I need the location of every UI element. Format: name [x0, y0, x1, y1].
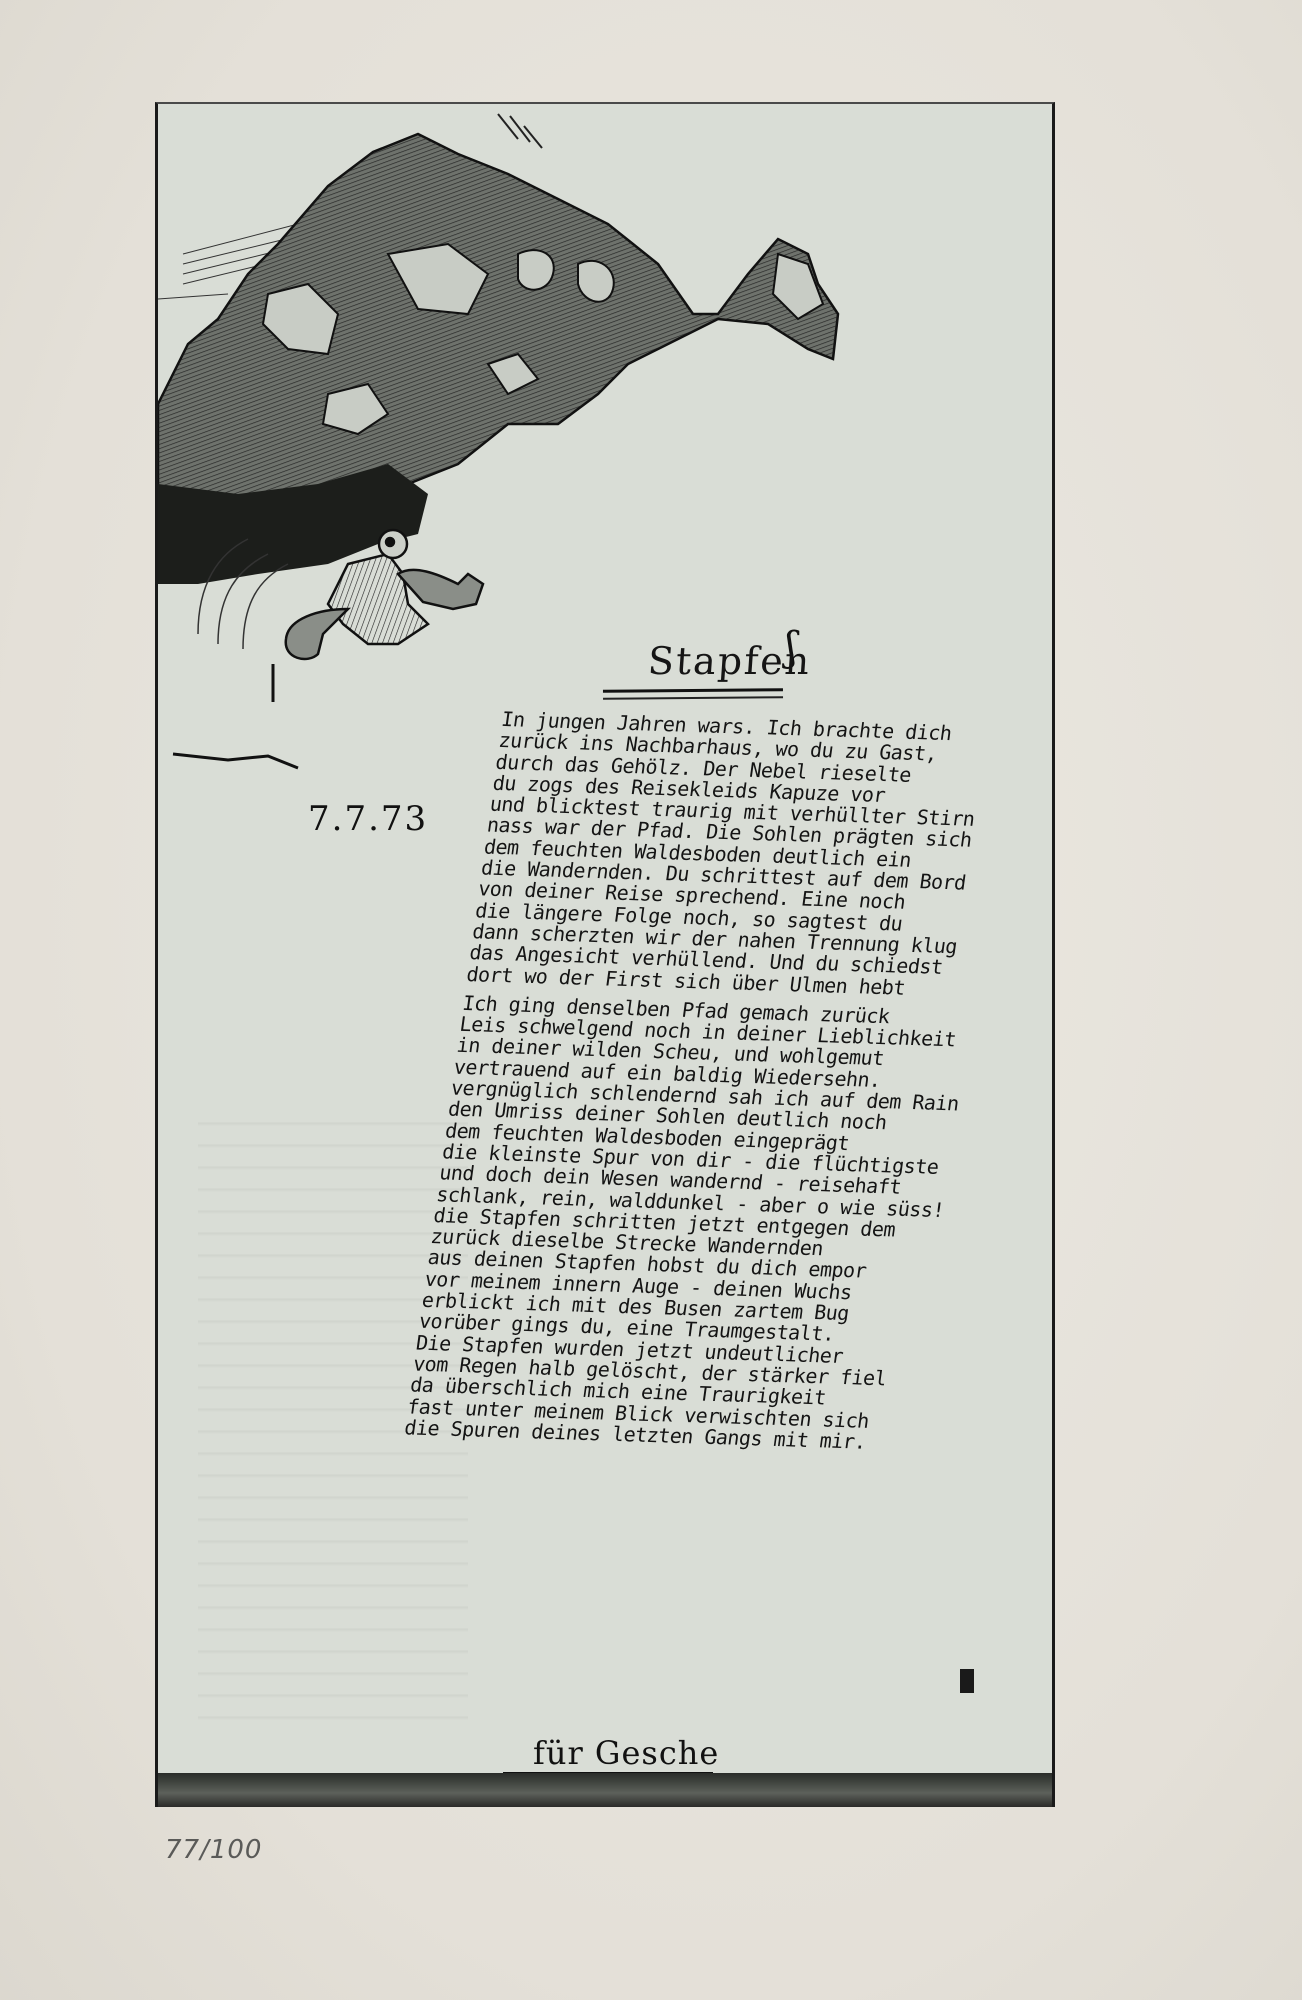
- edition-number: 77/100: [165, 1835, 262, 1865]
- date-inscription: 7.7.73: [308, 799, 428, 839]
- title-underline: [603, 688, 783, 700]
- etching-plate: ʃ Stapfen 7.7.73 In jungen Jahren wars. …: [155, 102, 1055, 1807]
- plate-mark-square: [960, 1669, 974, 1693]
- page-background: ʃ Stapfen 7.7.73 In jungen Jahren wars. …: [0, 0, 1302, 2000]
- date-stroke: [158, 744, 358, 774]
- mountain-figure-illustration: [158, 104, 1055, 724]
- poem-title: Stapfen: [646, 639, 812, 683]
- dedication: für Gesche: [533, 1734, 719, 1772]
- plate-bottom-band: [158, 1773, 1052, 1807]
- stanza-1: In jungen Jahren wars. Ich brachte dich …: [465, 709, 943, 999]
- stanza-2: Ich ging denselben Pfad gemach zurück Le…: [403, 993, 904, 1452]
- poem-text: In jungen Jahren wars. Ich brachte dich …: [403, 709, 943, 1452]
